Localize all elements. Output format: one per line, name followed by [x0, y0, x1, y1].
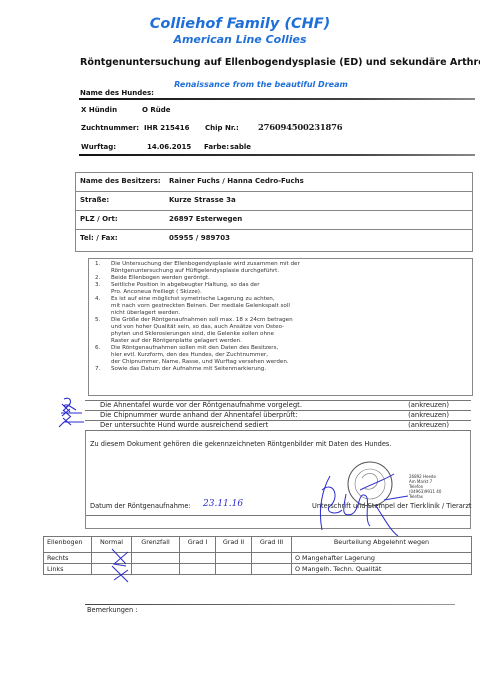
instruction-item: 6.Die Röntgenaufnahmen sollen mit den Da… — [89, 345, 472, 366]
attachment-note: Zu diesem Dokument gehören die gekennzei… — [90, 440, 391, 448]
instruction-item: 2.Beide Ellenbogen werden geröntgt. — [89, 275, 472, 282]
checklist-item-sedation[interactable]: Der untersuchte Hund wurde ausreichend s… — [85, 421, 471, 431]
instruction-item: 4.Es ist auf eine möglichst symetrische … — [89, 296, 472, 317]
birth-date-label: Wurftag: — [81, 143, 116, 151]
breeding-number-label: Zuchtnummer: — [81, 124, 139, 132]
signature-icon — [300, 470, 420, 538]
instruction-item: 3.Seitliche Position in abgebeugter Halt… — [89, 282, 472, 296]
handwritten-checkmarks-icon — [56, 396, 86, 436]
owner-name-label: Name des Besitzers: — [80, 177, 161, 185]
kennel-name: Colliehof Family (CHF) — [0, 16, 480, 32]
owner-street-label: Straße: — [80, 196, 109, 204]
color-value: sable — [230, 143, 251, 151]
chip-value: 276094500231876 — [258, 122, 342, 132]
color-label: Farbe: — [204, 143, 229, 151]
instruction-item: 1.Die Untersuchung der Ellenbogendysplas… — [89, 261, 472, 275]
owner-city-label: PLZ / Ort: — [80, 215, 118, 223]
owner-name-row: Name des Besitzers: Rainer Fuchs / Hanna… — [76, 173, 472, 192]
dog-name-label: Name des Hundes: — [80, 89, 154, 97]
xray-date-value: 23.11.16 — [203, 499, 243, 509]
instruction-item: 7.Sowie das Datum der Aufnahme mit Seite… — [89, 366, 472, 373]
dog-name-value: Renaissance from the beautiful Dream — [0, 80, 480, 89]
kennel-subtitle: American Line Collies — [0, 33, 480, 46]
owner-city-value: 26897 Esterwegen — [169, 215, 242, 223]
owner-street-value: Kurze Strasse 3a — [169, 196, 236, 204]
divider — [79, 154, 475, 156]
breeding-number-value: IHR 215416 — [144, 124, 190, 132]
owner-phone-row: Tel: / Fax: 05955 / 989703 — [76, 230, 472, 249]
owner-box: Name des Besitzers: Rainer Fuchs / Hanna… — [75, 172, 473, 252]
instructions-box: 1.Die Untersuchung der Ellenbogendysplas… — [88, 258, 473, 396]
owner-city-row: PLZ / Ort: 26897 Esterwegen — [76, 211, 472, 230]
checklist-item-pedigree[interactable]: Die Ahnentafel wurde vor der Röntgenaufn… — [85, 401, 471, 411]
owner-street-row: Straße: Kurze Strasse 3a — [76, 192, 472, 211]
birth-date-value: 14.06.2015 — [147, 143, 191, 151]
divider — [79, 98, 475, 100]
chip-label: Chip Nr.: — [205, 124, 239, 132]
document-title: Röntgenuntersuchung auf Ellenbogendyspla… — [80, 57, 480, 68]
sex-female-option: X Hündin — [81, 106, 117, 114]
remarks-label: Bemerkungen : — [87, 606, 137, 614]
xray-date-label: Datum der Röntgenaufnahme: — [90, 502, 191, 510]
divider — [85, 604, 455, 605]
owner-phone-value: 05955 / 989703 — [169, 234, 230, 242]
checklist-item-chip[interactable]: Die Chipnummer wurde anhand der Ahnentaf… — [85, 411, 471, 421]
owner-phone-label: Tel: / Fax: — [80, 234, 118, 242]
handwritten-x-marks-icon — [100, 546, 140, 586]
checklist: Die Ahnentafel wurde vor der Röntgenaufn… — [85, 401, 471, 431]
owner-name-value: Rainer Fuchs / Hanna Cedro-Fuchs — [169, 177, 304, 185]
instruction-item: 5.Die Größe der Röntgenaufnahmen soll ma… — [89, 317, 472, 345]
sex-male-option: O Rüde — [142, 106, 171, 114]
